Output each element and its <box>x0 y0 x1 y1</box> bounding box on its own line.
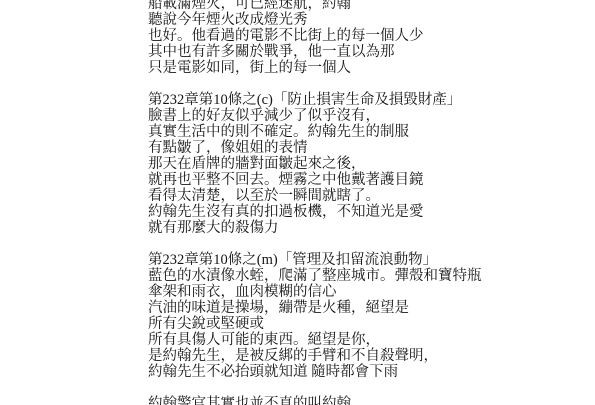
text-line: 汽油的味道是操場，繃帶是火種，絕望是 <box>148 300 588 316</box>
text-line: 臉書上的好友似乎減少了似乎沒有， <box>148 108 588 124</box>
text-line: 真實生活中的則不確定。約翰先生的制服 <box>148 124 588 140</box>
blank-line <box>148 236 588 252</box>
text-line: 藍色的水漬像水蛭，爬滿了整座城市。彈殼和寶特瓶 <box>148 268 588 284</box>
text-line: 看得太清楚，以至於一瞬間就瞎了。 <box>148 188 588 204</box>
text-line: 那天在盾牌的牆對面皺起來之後， <box>148 156 588 172</box>
blank-line <box>148 76 588 92</box>
text-line: 約翰先生沒有真的扣過板機，不知道光是愛 <box>148 204 588 220</box>
text-line: 也好。他看過的電影不比街上的每一個人少 <box>148 28 588 44</box>
text-line: 第232章第10條之(m)「管理及扣留流浪動物」 <box>148 252 588 268</box>
text-line: 聽說今年煙火改成燈光秀 <box>148 12 588 28</box>
text-line: 就再也平整不回去。煙霧之中他戴著護目鏡 <box>148 172 588 188</box>
text-line: 就有那麼大的殺傷力 <box>148 220 588 236</box>
text-line: 船載滿煙火，可已經迷航，約翰 <box>148 0 588 12</box>
text-line: 約翰先生不必抬頭就知道 隨時都會下雨 <box>148 364 588 380</box>
text-line: 只是電影如同，街上的每一個人 <box>148 60 588 76</box>
text-line: 第232章第10條之(c)「防止損害生命及損毀財產」 <box>148 92 588 108</box>
text-line: 所有尖銳或堅硬或 <box>148 316 588 332</box>
text-line: 有點皺了，像姐姐的表情 <box>148 140 588 156</box>
text-line: 約翰警官其實也並不真的叫約翰 <box>148 396 588 405</box>
blank-line <box>148 380 588 396</box>
text-line: 是約翰先生，是被反綁的手臂和不自殺聲明， <box>148 348 588 364</box>
poem-lines: 船載滿煙火，可已經迷航，約翰聽說今年煙火改成燈光秀也好。他看過的電影不比街上的每… <box>148 0 588 405</box>
text-line: 其中也有許多關於戰爭，他一直以為那 <box>148 44 588 60</box>
text-line: 所有具傷人可能的東西。絕望是你， <box>148 332 588 348</box>
document-page: 船載滿煙火，可已經迷航，約翰聽說今年煙火改成燈光秀也好。他看過的電影不比街上的每… <box>0 0 595 405</box>
text-line: 傘架和雨衣，血肉模糊的信心 <box>148 284 588 300</box>
